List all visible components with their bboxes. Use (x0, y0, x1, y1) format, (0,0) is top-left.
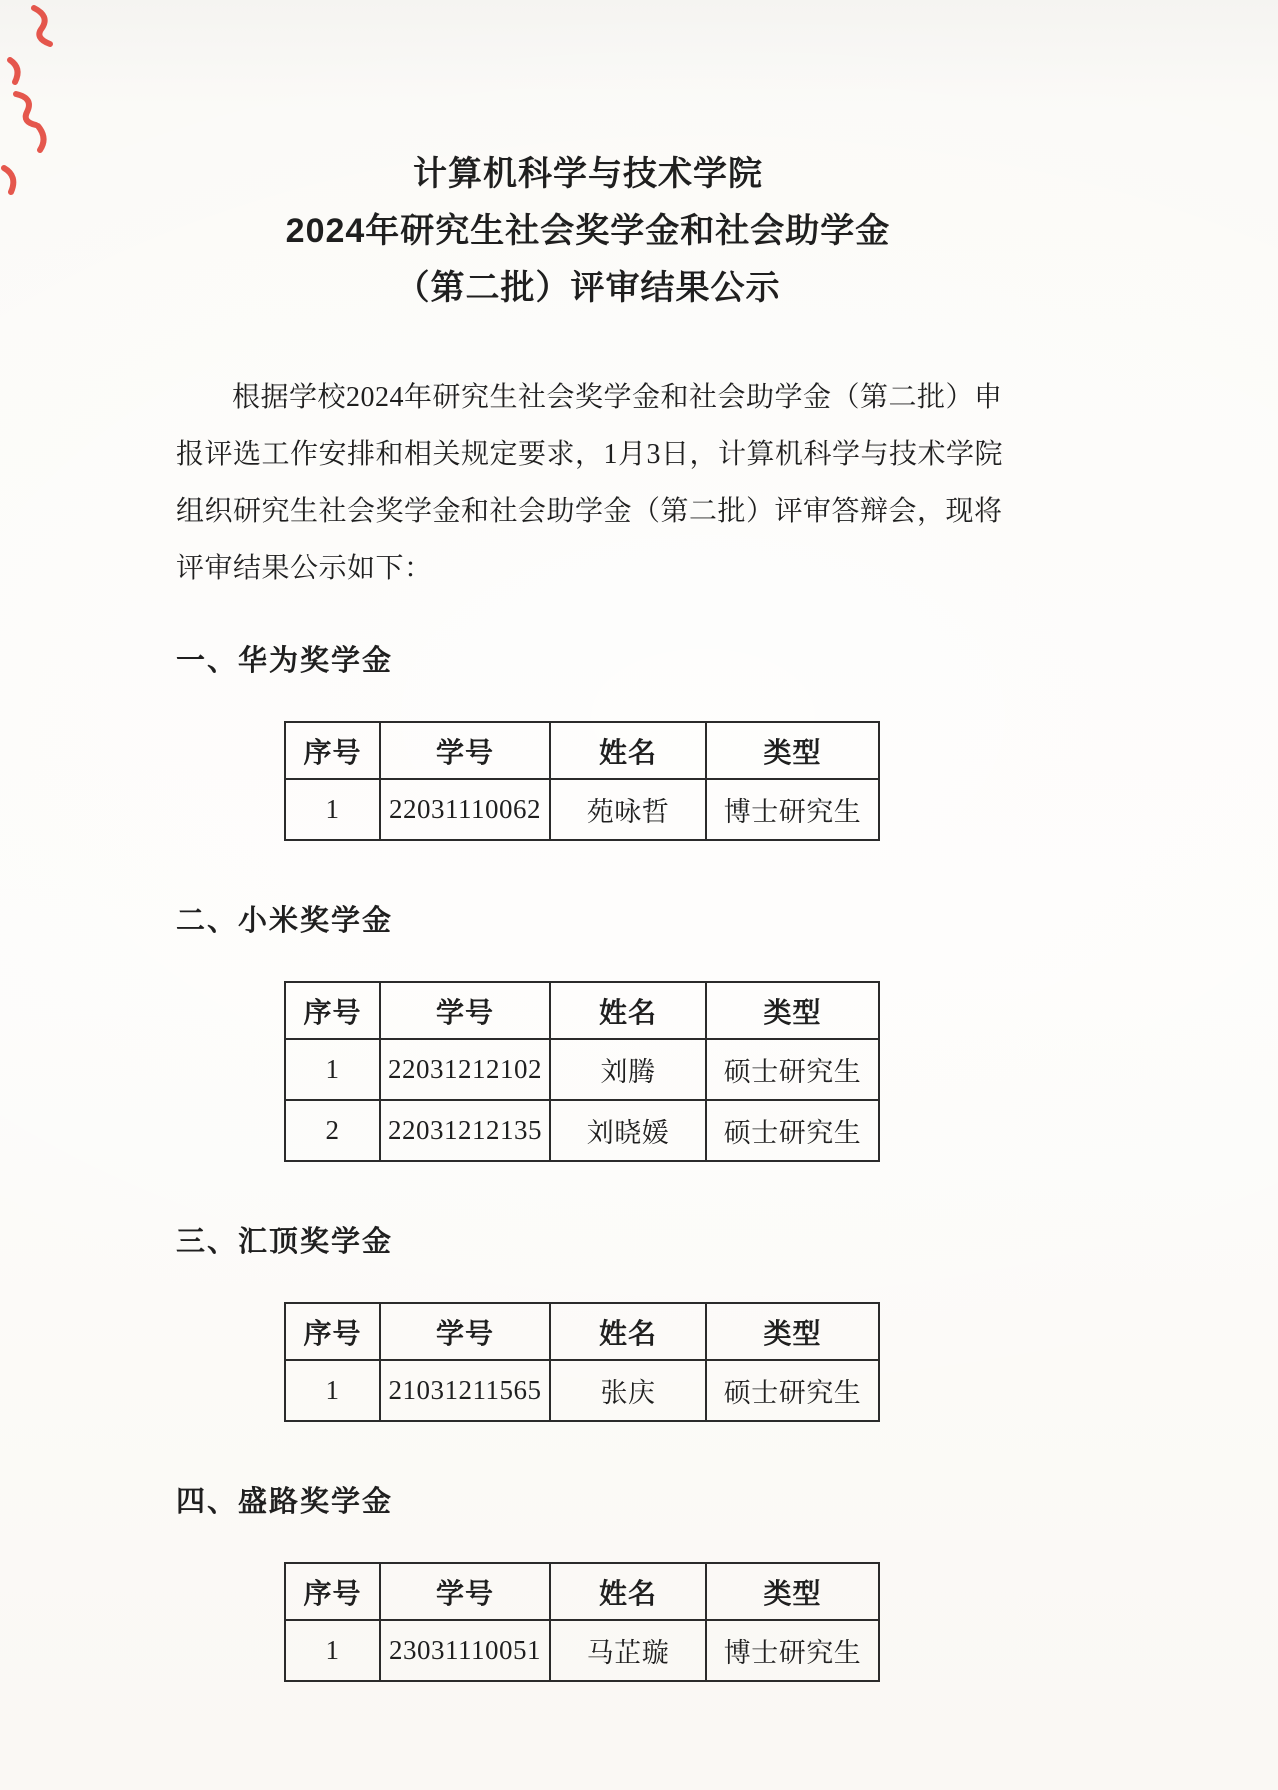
col-header-student-id: 学号 (380, 1563, 550, 1620)
col-header-student-id: 学号 (380, 1303, 550, 1360)
col-header-index: 序号 (285, 982, 380, 1039)
table-row: 2 22031212135 刘晓媛 硕士研究生 (285, 1100, 879, 1161)
cell-type: 硕士研究生 (706, 1360, 879, 1421)
section-heading-shenglu: 四、盛路奖学金 (176, 1480, 1000, 1524)
document-page: 计算机科学与技术学院 2024年研究生社会奖学金和社会助学金 （第二批）评审结果… (0, 0, 1278, 1790)
col-header-name: 姓名 (550, 722, 706, 779)
title-line-2: 2024年研究生社会奖学金和社会助学金 (176, 203, 1000, 260)
cell-index: 2 (285, 1100, 380, 1161)
cell-type: 博士研究生 (706, 779, 879, 840)
title-line-1: 计算机科学与技术学院 (176, 146, 1000, 203)
col-header-index: 序号 (285, 1303, 380, 1360)
col-header-student-id: 学号 (380, 722, 550, 779)
cell-type: 博士研究生 (706, 1620, 879, 1681)
paragraph-line: 报评选工作安排和相关规定要求，1月3日，计算机科学与技术学院 (176, 426, 1000, 483)
table-header-row: 序号 学号 姓名 类型 (285, 1563, 879, 1620)
red-pen-stroke (34, 8, 50, 44)
title-line-3: （第二批）评审结果公示 (176, 260, 1000, 317)
col-header-student-id: 学号 (380, 982, 550, 1039)
huiding-award-table: 序号 学号 姓名 类型 1 21031211565 张庆 硕士研究生 (284, 1302, 880, 1422)
red-pen-marks (0, 0, 130, 240)
huawei-award-table: 序号 学号 姓名 类型 1 22031110062 苑咏哲 博士研究生 (284, 721, 880, 841)
col-header-type: 类型 (706, 722, 879, 779)
table-header-row: 序号 学号 姓名 类型 (285, 982, 879, 1039)
col-header-name: 姓名 (550, 1303, 706, 1360)
document-title: 计算机科学与技术学院 2024年研究生社会奖学金和社会助学金 （第二批）评审结果… (176, 0, 1000, 317)
section-heading-huiding: 三、汇顶奖学金 (176, 1220, 1000, 1264)
red-pen-stroke (38, 126, 44, 150)
paragraph-line: 组织研究生社会奖学金和社会助学金（第二批）评审答辩会，现将 (176, 483, 1000, 540)
col-header-index: 序号 (285, 722, 380, 779)
table-header-row: 序号 学号 姓名 类型 (285, 722, 879, 779)
cell-student-id: 21031211565 (380, 1360, 550, 1421)
cell-student-id: 22031212102 (380, 1039, 550, 1100)
table-row: 1 22031212102 刘腾 硕士研究生 (285, 1039, 879, 1100)
cell-name: 刘晓媛 (550, 1100, 706, 1161)
cell-student-id: 23031110051 (380, 1620, 550, 1681)
intro-paragraph: 根据学校2024年研究生社会奖学金和社会助学金（第二批）申 报评选工作安排和相关… (176, 369, 1000, 597)
red-pen-stroke (16, 94, 36, 125)
cell-name: 刘腾 (550, 1039, 706, 1100)
paragraph-line: 根据学校2024年研究生社会奖学金和社会助学金（第二批）申 (176, 369, 1000, 426)
section-heading-xiaomi: 二、小米奖学金 (176, 899, 1000, 943)
col-header-type: 类型 (706, 1303, 879, 1360)
paragraph-line: 评审结果公示如下： (176, 540, 1000, 597)
table-row: 1 23031110051 马芷璇 博士研究生 (285, 1620, 879, 1681)
cell-index: 1 (285, 1620, 380, 1681)
table-row: 1 22031110062 苑咏哲 博士研究生 (285, 779, 879, 840)
cell-index: 1 (285, 1039, 380, 1100)
col-header-type: 类型 (706, 1563, 879, 1620)
col-header-index: 序号 (285, 1563, 380, 1620)
col-header-name: 姓名 (550, 1563, 706, 1620)
cell-name: 张庆 (550, 1360, 706, 1421)
cell-type: 硕士研究生 (706, 1100, 879, 1161)
shenglu-award-table: 序号 学号 姓名 类型 1 23031110051 马芷璇 博士研究生 (284, 1562, 880, 1682)
cell-type: 硕士研究生 (706, 1039, 879, 1100)
table-header-row: 序号 学号 姓名 类型 (285, 1303, 879, 1360)
col-header-name: 姓名 (550, 982, 706, 1039)
col-header-type: 类型 (706, 982, 879, 1039)
red-pen-stroke (10, 60, 18, 82)
cell-student-id: 22031110062 (380, 779, 550, 840)
section-heading-huawei: 一、华为奖学金 (176, 639, 1000, 683)
cell-index: 1 (285, 779, 380, 840)
cell-name: 马芷璇 (550, 1620, 706, 1681)
xiaomi-award-table: 序号 学号 姓名 类型 1 22031212102 刘腾 硕士研究生 2 220… (284, 981, 880, 1162)
red-pen-stroke (4, 168, 13, 192)
document-content: 计算机科学与技术学院 2024年研究生社会奖学金和社会助学金 （第二批）评审结果… (176, 0, 1000, 1682)
table-row: 1 21031211565 张庆 硕士研究生 (285, 1360, 879, 1421)
cell-student-id: 22031212135 (380, 1100, 550, 1161)
cell-index: 1 (285, 1360, 380, 1421)
cell-name: 苑咏哲 (550, 779, 706, 840)
